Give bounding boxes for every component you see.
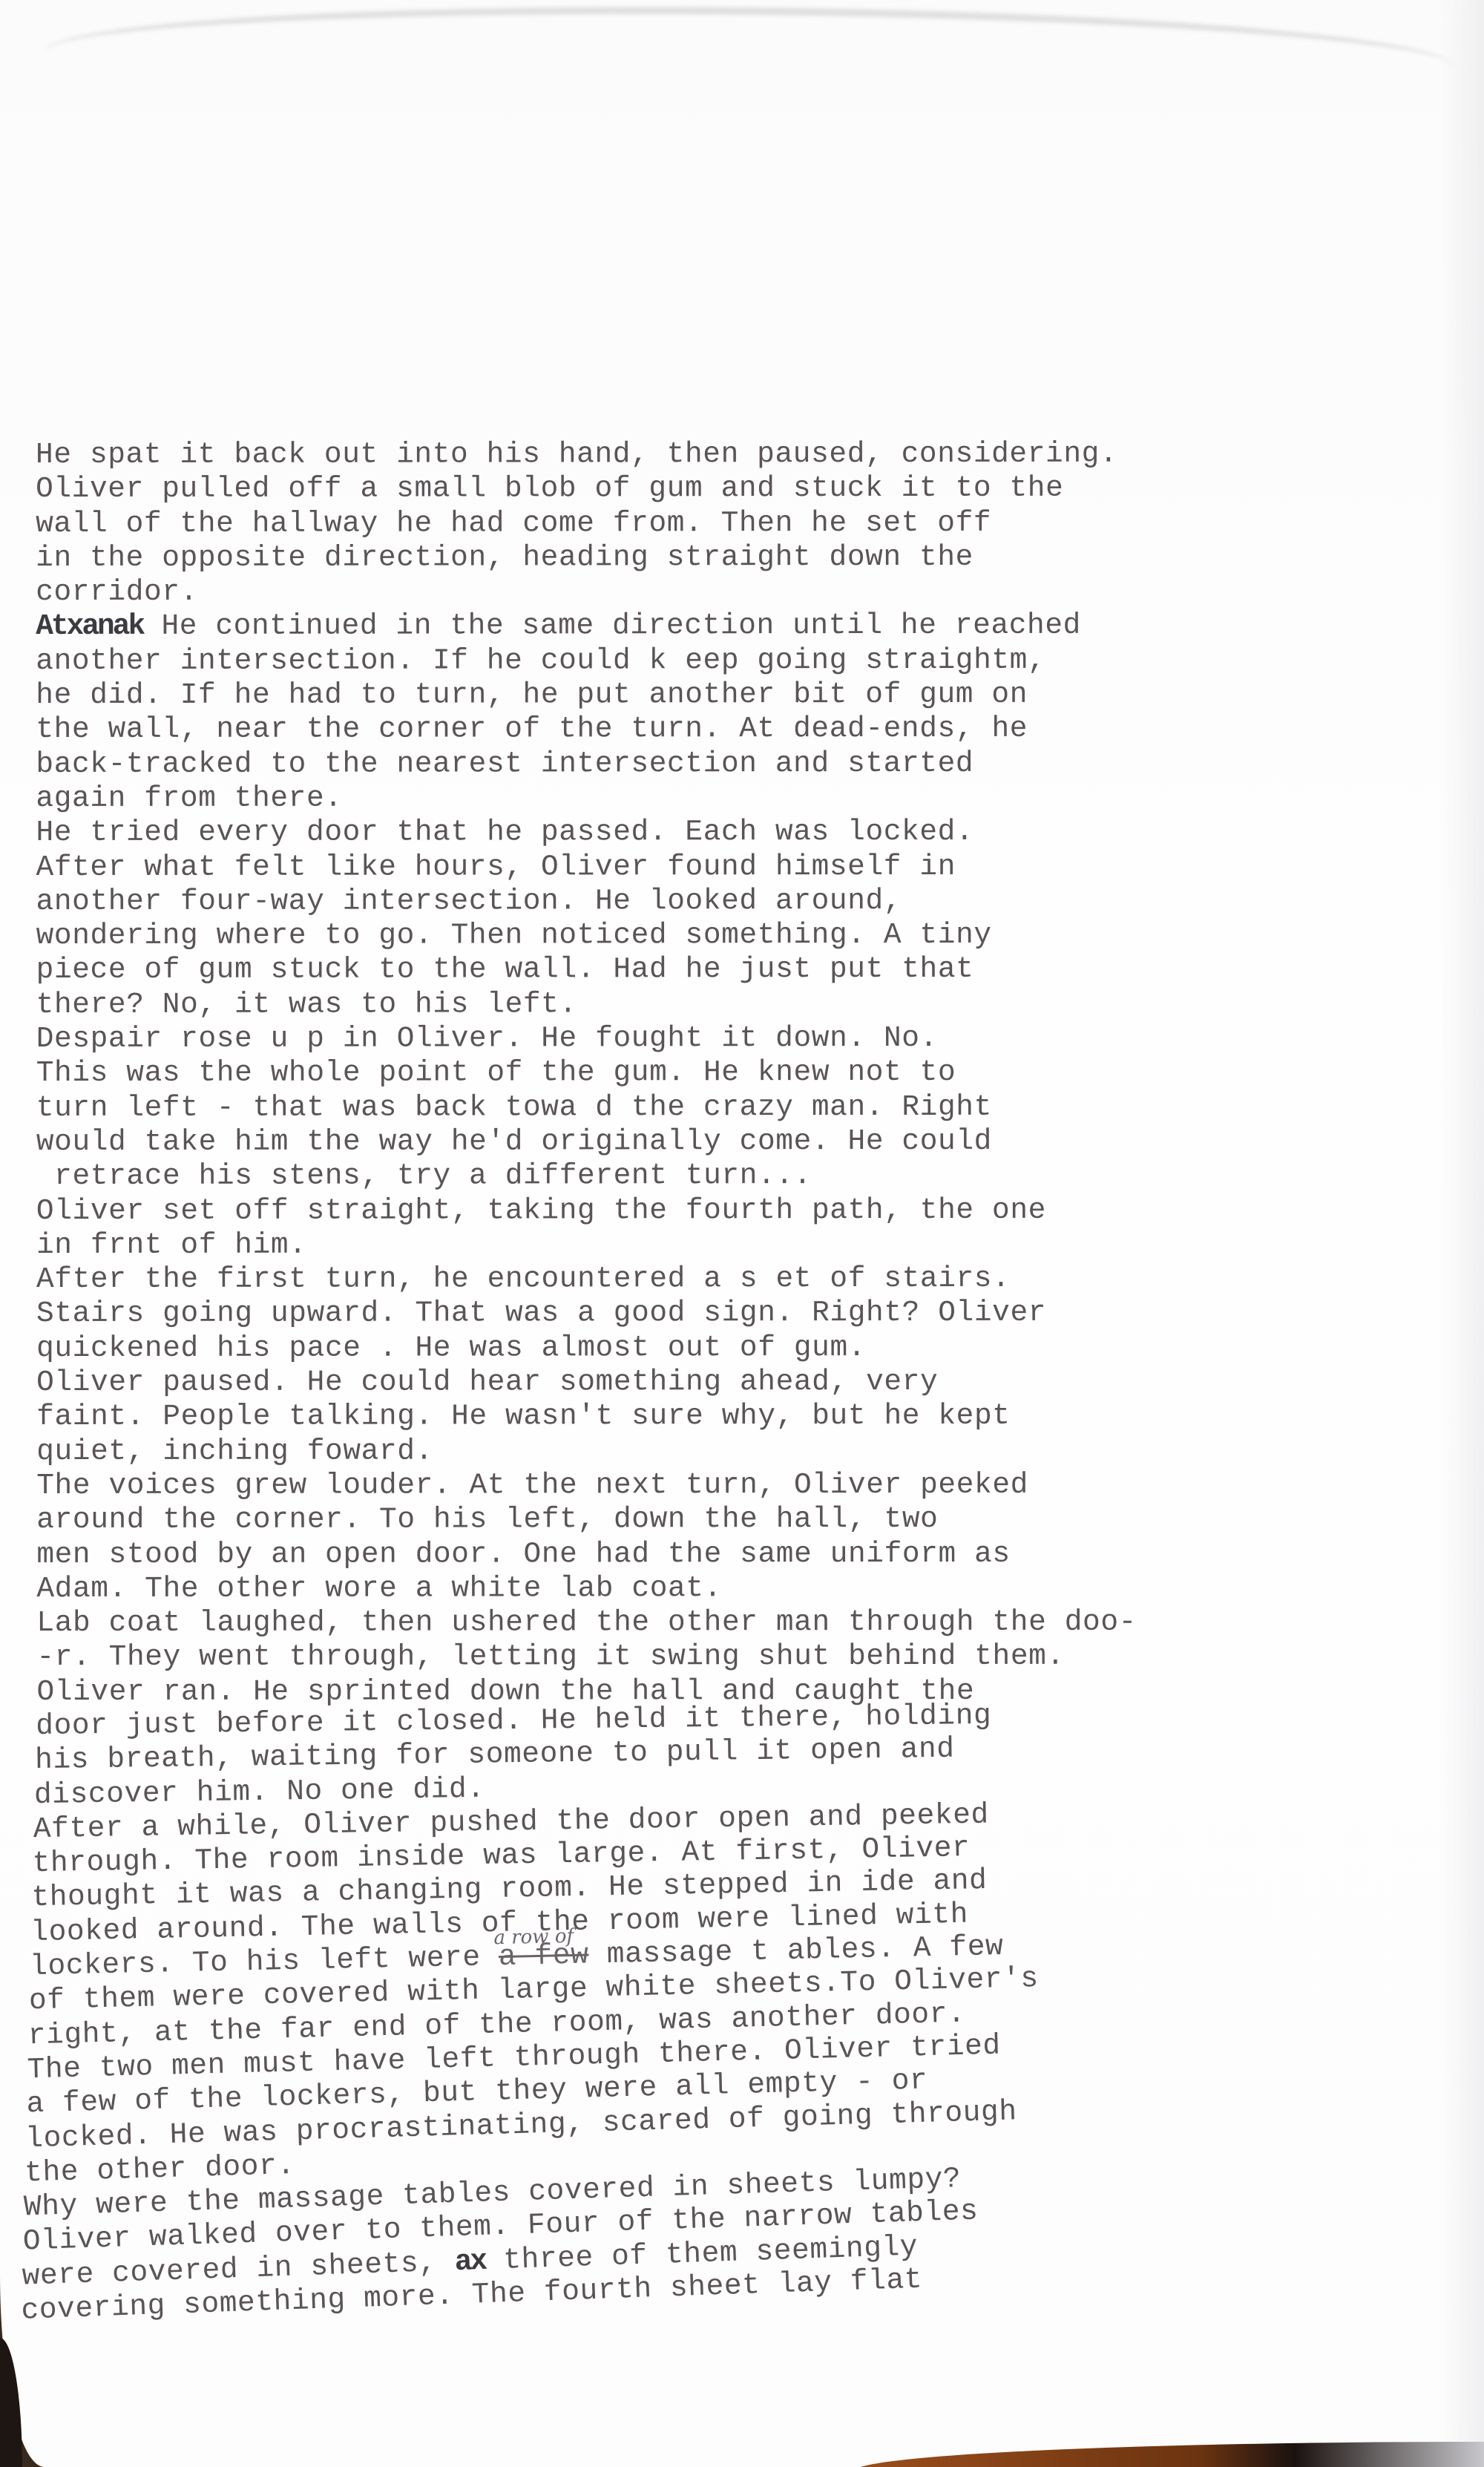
text-line: Oliver pulled off a small blob of gum an… [36,471,1297,507]
paper-edge-shadow [1439,0,1484,2467]
text-line: Oliver paused. He could hear something a… [36,1365,1298,1400]
typewritten-body: He spat it back out into his hand, then … [36,437,1298,2328]
text-line: corridor. [36,574,1297,610]
text-line: in frnt of him. [36,1227,1298,1262]
overstrike-mark: Atxanak [36,609,143,643]
text-line: wondering where to go. Then noticed some… [36,918,1298,954]
text-line: in the opposite direction, heading strai… [36,540,1297,575]
text-line: Oliver set off straight, taking the four… [36,1193,1298,1228]
text-line: quickened his pace . He was almost out o… [36,1330,1298,1366]
text-line: After what felt like hours, Oliver found… [36,849,1297,885]
text-line: After the first turn, he encountered a s… [36,1262,1298,1297]
text-line: He tried every door that he passed. Each… [36,815,1297,851]
text-line: he did. If he had to turn, he put anothe… [36,678,1297,713]
handwritten-insert: a row of [493,1919,574,1956]
text-line: Atxanak He continued in the same directi… [36,609,1297,644]
text-line: another intersection. If he could k eep … [36,643,1297,678]
text-line: men stood by an open door. One had the s… [36,1536,1298,1572]
text-line: retrace his stens, try a different turn.… [36,1159,1298,1194]
text-line: Lab coat laughed, then ushered the other… [36,1605,1298,1641]
handwritten-correction: a fewa row of [498,1939,588,1975]
text-line: back-tracked to the nearest intersection… [36,746,1297,782]
text-line: Despair rose u p in Oliver. He fought it… [36,1021,1298,1057]
text-line: around the corner. To his left, down the… [36,1502,1298,1538]
text-line: Stairs going upward. That was a good sig… [36,1296,1298,1331]
text-line: -r. They went through, letting it swing … [36,1639,1298,1675]
overstrike-mark: ax [454,2244,486,2278]
text-line: He spat it back out into his hand, then … [36,437,1297,473]
paper-fold-shadow [45,0,1455,67]
text-line: turn left - that was back towa d the cra… [36,1090,1298,1125]
text-line: faint. People talking. He wasn't sure wh… [36,1399,1298,1435]
text-line: there? No, it was to his left. [36,986,1298,1022]
text-line: another four-way intersection. He looked… [36,883,1298,919]
text-line: Adam. The other wore a white lab coat. [36,1570,1298,1606]
text-line: piece of gum stuck to the wall. Had he j… [36,952,1298,988]
text-line: the wall, near the corner of the turn. A… [36,712,1297,747]
text-segment: He continued in the same direction until… [143,609,1081,643]
text-line: The voices grew louder. At the next turn… [36,1467,1298,1503]
text-line: would take him the way he'd originally c… [36,1124,1298,1159]
text-line: again from there. [36,780,1297,816]
text-line: wall of the hallway he had come from. Th… [36,505,1297,541]
text-line: quiet, inching foward. [36,1433,1298,1469]
text-line: This was the whole point of the gum. He … [36,1055,1298,1091]
